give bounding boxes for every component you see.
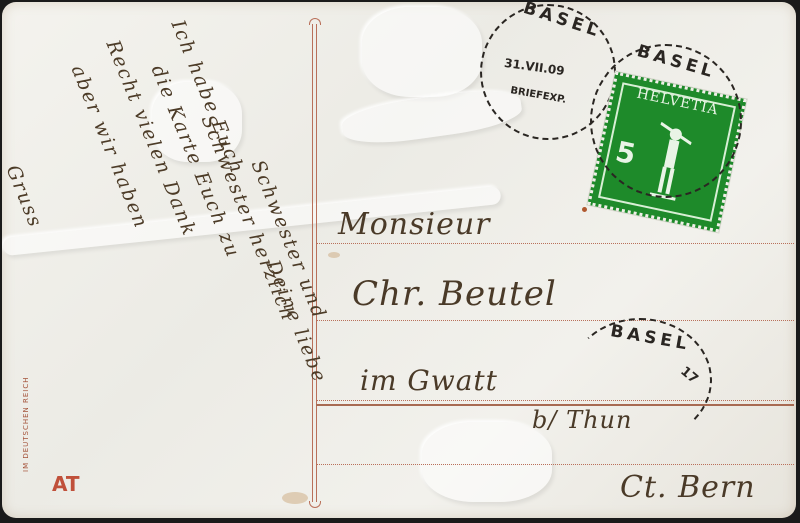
address-line-4 [316,464,794,465]
postcard: BASEL 31.VII.09 BRIEFEXP. HELVETIA 5 BAS… [2,2,796,518]
publisher-logo: AT [52,472,80,496]
foxing-stain [582,207,587,212]
address-canton: Ct. Bern [620,470,756,505]
address-line-2 [316,320,794,321]
address-line-1 [316,243,794,244]
address-salutation: Monsieur [338,207,491,242]
printer-imprint: IM DEUTSCHEN REICH [22,376,30,472]
postmark-city: BASEL [521,2,604,42]
postmark-on-stamp: BASEL [590,44,742,198]
address-line-3 [316,400,794,401]
address-locality: im Gwatt [360,364,498,397]
postmark-extra: 17 [677,364,701,387]
postmark-city: BASEL [609,321,692,355]
postmark-extra: BRIEFEXP. [509,85,567,106]
message-line: Gruss [2,162,47,231]
emboss-grapes [362,7,482,97]
emboss-bottom [422,422,552,502]
postmark-date: 31.VII.09 [503,56,565,78]
handwritten-message: Ich habe Euch Schwester und die Karte Eu… [42,42,342,502]
address-name: Chr. Beutel [352,274,557,314]
postmark-city: BASEL [635,41,718,83]
address-via: b/ Thun [532,406,632,434]
